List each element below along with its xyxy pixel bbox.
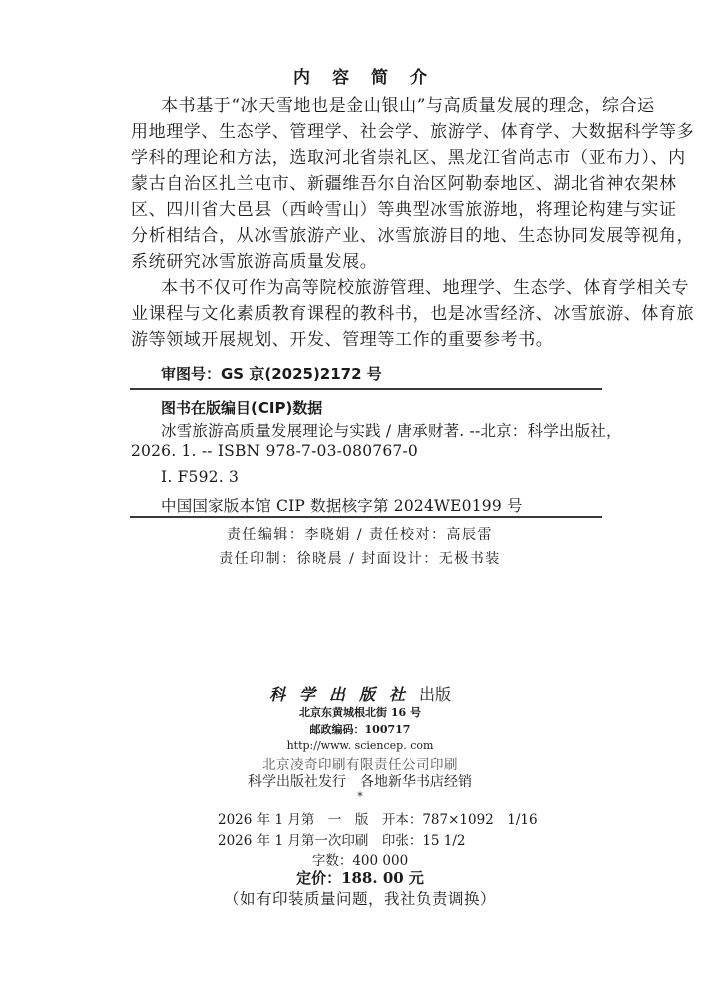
- word-count: 字数：400 000: [0, 849, 720, 869]
- cip-verification: 中国国家版本馆 CIP 数据核字第 2024WE0199 号: [161, 494, 523, 516]
- text-line: 业课程与文化素质教育课程的教科书，也是冰雪经济、冰雪旅游、体育旅: [131, 301, 694, 327]
- review-number: 审图号：GS 京(2025)2172 号: [161, 363, 382, 384]
- cip-line: 冰雪旅游高质量发展理论与实践 / 唐承财著. --北京：科学出版社，: [161, 419, 622, 441]
- divider-rule: [130, 388, 602, 390]
- cip-classification: Ⅰ. F592. 3: [161, 468, 239, 486]
- title-char: 简: [371, 63, 388, 88]
- text-line: 本书不仅可作为高等院校旅游管理、地理学、生态学、体育学相关专: [161, 275, 689, 301]
- text-line: 系统研究冰雪旅游高质量发展。: [131, 249, 377, 275]
- quality-note: （如有印装质量问题，我社负责调换）: [0, 887, 720, 909]
- publisher-logo-text: 科学出版社: [269, 685, 419, 704]
- text-line: 游等领域开展规划、开发、管理等工作的重要参考书。: [131, 327, 553, 353]
- publisher-name: 科学出版社出版: [0, 682, 720, 705]
- publisher-postcode: 邮政编码：100717: [0, 721, 720, 737]
- separator-star: *: [0, 790, 720, 803]
- text-line: 分析相结合，从冰雪旅游产业、冰雪旅游目的地、生态协同发展等视角，: [131, 223, 694, 249]
- credits-line: 责任印制：徐晓晨 / 封面设计：无极书装: [0, 548, 720, 568]
- printing-line: 2026 年 1 月第一次印刷 印张：15 1/2: [218, 829, 466, 849]
- price: 定价：188. 00 元: [0, 867, 720, 888]
- title-char: 介: [410, 63, 427, 88]
- cip-heading: 图书在版编目(CIP)数据: [161, 397, 322, 418]
- printer: 北京凌奇印刷有限责任公司印刷: [0, 753, 720, 773]
- distributor: 科学出版社发行 各地新华书店经销: [0, 771, 720, 791]
- credits-line: 责任编辑：李晓娟 / 责任校对：高辰雷: [0, 524, 720, 544]
- publisher-address: 北京东黄城根北街 16 号: [0, 704, 720, 720]
- publisher-url: http://www. sciencep. com: [0, 739, 720, 752]
- text-line: 用地理学、生态学、管理学、社会学、旅游学、体育学、大数据科学等多: [131, 119, 694, 145]
- publisher-suffix: 出版: [419, 685, 451, 704]
- title-char: 容: [332, 63, 349, 88]
- text-line: 学科的理论和方法，选取河北省崇礼区、黑龙江省尚志市（亚布力）、内: [131, 145, 686, 171]
- cip-line: 2026. 1. -- ISBN 978-7-03-080767-0: [131, 442, 418, 460]
- page-title: 内容简介: [0, 63, 720, 88]
- edition-line: 2026 年 1 月第 一 版 开本：787×1092 1/16: [218, 808, 538, 828]
- divider-rule: [130, 516, 602, 518]
- title-char: 内: [293, 63, 310, 88]
- text-line: 本书基于“冰天雪地也是金山银山”与高质量发展的理念，综合运: [161, 93, 655, 119]
- text-line: 区、四川省大邑县（西岭雪山）等典型冰雪旅游地，将理论构建与实证: [131, 197, 677, 223]
- text-line: 蒙古自治区扎兰屯市、新疆维吾尔自治区阿勒泰地区、湖北省神农架林: [131, 171, 677, 197]
